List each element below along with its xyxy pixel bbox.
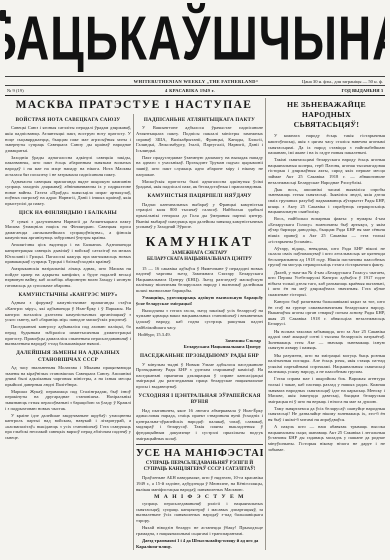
article-heading: ПАДПІСАНЬНЕ АТЛЯНТЫЦКАГА ПАКТУ — [138, 117, 261, 123]
header-row-subtitle: WHITERUTHENIAN WEEKLY „THE FATHERLAND“ Ц… — [5, 76, 385, 86]
masthead: БАЦЬКАЎШЧЫНА — [5, 2, 385, 76]
column-right: НЕ ЗЬНЕВАЖАЙЦЕ НАРОДНЫХ СЬВЯТАСЬЦЯЎ! У к… — [268, 98, 385, 550]
article-presidium-session: ПАСЕДЖАНЬНЕ ПРЭЗЫДЫЮМУ РАДЫ БНР У мінулы… — [136, 353, 263, 389]
communique-subtitle: ЗАМЕЖНАГА СЭКТАРУ БЕЛАРУСКАГА НАЦЫЯНАЛЬН… — [136, 251, 263, 263]
communique-signature: Замежны Сэктар Беларускага Нацыянальнага… — [136, 338, 261, 350]
article-communists-failure: КАМУНІСТЫЯ ПАЦЯРПЕЛІ НЯЎДАЧУ Падчас кант… — [136, 193, 263, 229]
communique-body-2: Выходзячы з гэтага гасла, зьезд заклікаў… — [136, 308, 263, 330]
publication-year: ГОД ВЫДАНЬНЯ 3 — [293, 88, 383, 93]
newspaper-title: БАЦЬКАЎШЧЫНА — [5, 3, 385, 75]
communique-dateline: Нойбург, 15.3.49. — [138, 332, 263, 337]
right-headline-line1: НЕ ЗЬНЕВАЖАЙЦЕ — [268, 100, 385, 110]
right-article-body: У кожнага народу ёсьць такія гістарычныя… — [268, 133, 385, 452]
price-line: Цана 30 н. фэн., для заграніцы — 50 н. ф… — [265, 79, 383, 84]
article-heading: УСХОДНЯЯ І ЦЭНТРАЛЬНАЯ ЭЎРАПЕЙСКАЯ ВУНІЯ — [138, 393, 261, 406]
article-atlantic-pact: ПАДПІСАНЬНЕ АТЛЯНТЫЦКАГА ПАКТУ У Вашынгт… — [136, 117, 263, 190]
manifestation-body-2: супраць перасьледаваньняў рэлігіі і нацы… — [136, 501, 263, 536]
communique-block: КАМУНІКАТ ЗАМЕЖНАГА СЭКТАРУ БЕЛАРУСКАГА … — [136, 234, 263, 350]
article-body: Падчас кантанальных выбараў у Францыі ка… — [136, 202, 263, 230]
communique-slogan: Узмацніць, удзесяцярыць адзіную вызвольн… — [136, 295, 263, 306]
header-row-issue: № 9 (19) 4 КРАСАВІКА 1949 г. ГОД ВЫДАНЬН… — [5, 86, 385, 96]
content-area: МАСКВА ПРАТЭСТУЕ І НАСТУПАЕ ВОЙСТРАЯ НОТ… — [5, 98, 385, 550]
manifestation-title: УСЕ НА МАНІФЭСТАЦЫЮ — [136, 448, 263, 459]
article-body: У мінулым тыдні ў Новым Ульме адбылося п… — [136, 362, 263, 390]
communique-subtitle-line2: БЕЛАРУСКАГА НАЦЫЯНАЛЬНАГА ЦЭНТРУ — [136, 257, 263, 263]
article-finland-balkans: ЦІСК НА ФІНЛЯНДЫЮ І БАЛКАНЫ У сувязі з д… — [5, 210, 131, 288]
article-body: Савецкі Саюз і ягоныя сатэліты перадалі … — [5, 125, 131, 206]
article-body: У Вашынгтоне адбылося ўрачыстае падпісан… — [136, 125, 263, 190]
article-body: Адным з форумаў камуністычнае прапаганды… — [5, 300, 131, 346]
article-body: Ад часу звальненьня Молатава і Мікаяна п… — [5, 365, 131, 441]
right-headline-line2: НАРОДНЫХ СЬВЯТАСЬЦЯЎ! — [268, 110, 385, 130]
main-headline: МАСКВА ПРАТЭСТУЕ І НАСТУПАЕ — [5, 99, 263, 111]
article-heading: КАМУНІСТЫЧНЫ «КАНГРЭС МІРУ» — [7, 292, 129, 298]
article-soviet-note: ВОЙСТРАЯ НОТА САВЕЦКАГА САЮЗУ Савецкі Са… — [5, 117, 131, 207]
article-heading: ЦІСК НА ФІНЛЯНДЫЮ І БАЛКАНЫ — [7, 210, 129, 216]
manifestation-subtitle-line2: СУПРАЦЬ КАНЦЛЯГЕРАЎ СССР І САТЭЛІТАЎ! — [136, 467, 263, 473]
column-left: ВОЙСТРАЯ НОТА САВЕЦКАГА САЮЗУ Савецкі Са… — [5, 114, 131, 550]
manifestation-word: М А Н І Ф Э С Т У Е М — [136, 494, 263, 500]
left-middle-columns: ВОЙСТРАЯ НОТА САВЕЦКАГА САЮЗУ Савецкі Са… — [5, 114, 263, 550]
communique-body: 15 — 16 сакавіка адбыўся ў Нямеччыне ў п… — [136, 266, 263, 294]
column-middle: ПАДПІСАНЬНЕ АТЛЯНТЫЦКАГА ПАКТУ У Вашынгт… — [136, 114, 263, 550]
signature-line2: Беларускага Нацыянальнага Цэнтру — [136, 344, 261, 350]
article-heading: ДАЛЕЙШЫЯ ЗЬМЕНЫ НА АДКАЗНЫХ СТАНОВІШЧАХ … — [7, 350, 129, 363]
article-ussr-changes: ДАЛЕЙШЫЯ ЗЬМЕНЫ НА АДКАЗНЫХ СТАНОВІШЧАХ … — [5, 350, 131, 440]
issue-date: 4 КРАСАВІКА 1949 г. — [87, 88, 293, 93]
manifestation-subtitle: СУПРАЦЬ ПЕРАСЬЛЕДАВАНЬНЯЎ РЭЛІГІІ Й СУПР… — [136, 461, 263, 474]
manifestation-block: УСЕ НА МАНІФЭСТАЦЫЮ СУПРАЦЬ ПЕРАСЬЛЕДАВА… — [136, 444, 263, 549]
left-middle-wrapper: МАСКВА ПРАТЭСТУЕ І НАСТУПАЕ ВОЙСТРАЯ НОТ… — [5, 98, 263, 550]
manifestation-transit-info: Даезд трамваямі 1 і 4 да Штыгльмайэр-пля… — [136, 538, 263, 549]
communique-title: КАМУНІКАТ — [136, 234, 263, 250]
article-heading: КАМУНІСТЫЯ ПАЦЯРПЕЛІ НЯЎДАЧУ — [138, 193, 261, 199]
newspaper-page: БАЦЬКАЎШЧЫНА WHITERUTHENIAN WEEKLY „THE … — [0, 0, 390, 560]
column-divider — [265, 98, 266, 550]
article-body: У сувязі з далучэньнем Нарвэгіі да Атлян… — [5, 219, 131, 289]
weekly-subtitle: WHITERUTHENIAN WEEKLY „THE FATHERLAND“ — [127, 79, 265, 84]
article-peace-congress: КАМУНІСТЫЧНЫ «КАНГРЭС МІРУ» Адным з фору… — [5, 292, 131, 347]
issue-number: № 9 (19) — [7, 88, 87, 93]
article-european-union: УСХОДНЯЯ І ЦЭНТРАЛЬНАЯ ЭЎРАПЕЙСКАЯ ВУНІЯ… — [136, 393, 263, 441]
right-article-headline: НЕ ЗЬНЕВАЖАЙЦЕ НАРОДНЫХ СЬВЯТАСЬЦЯЎ! — [268, 100, 385, 130]
column-divider — [133, 114, 134, 550]
article-heading: ВОЙСТРАЯ НОТА САВЕЦКАГА САЮЗУ — [7, 117, 129, 123]
article-heading: ПАСЕДЖАНЬНЕ ПРЭЗЫДЫЮМУ РАДЫ БНР — [138, 353, 261, 359]
article-body: Над пытаньнем, якое 16 лютага абмеркавал… — [136, 408, 263, 441]
manifestation-body: Праўленьне АБН паведамляе, што ў нядзелю… — [136, 475, 263, 492]
